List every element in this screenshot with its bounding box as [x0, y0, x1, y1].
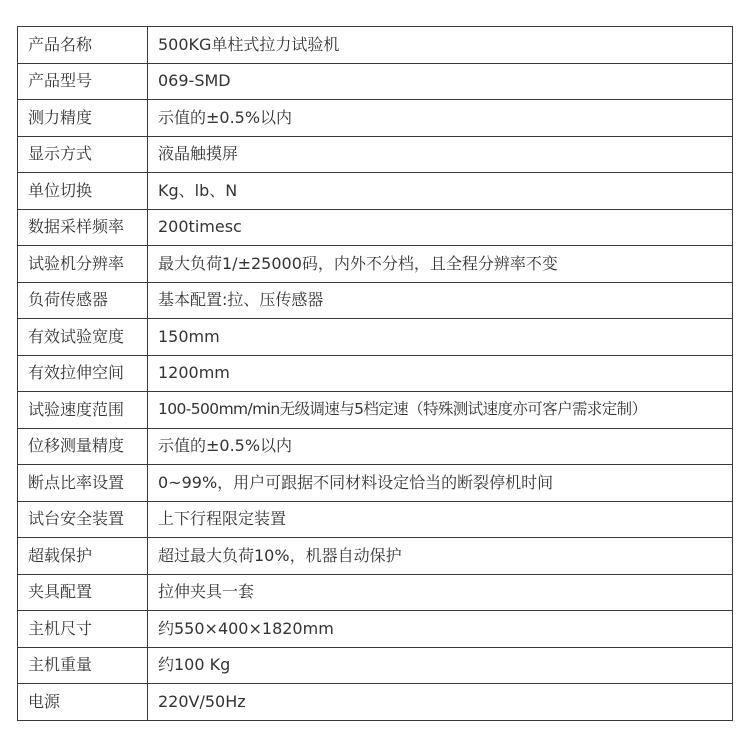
row-value: 最大负荷1/±25000码，内外不分档，且全程分辨率不变 [148, 246, 733, 283]
table-row: 产品型号 069-SMD [18, 63, 733, 100]
row-value: 069-SMD [148, 63, 733, 100]
row-label: 主机重量 [18, 647, 148, 684]
table-row: 电源 220V/50Hz [18, 684, 733, 721]
row-value: 拉伸夹具一套 [148, 574, 733, 611]
row-value: 超过最大负荷10%，机器自动保护 [148, 538, 733, 575]
table-row: 超载保护 超过最大负荷10%，机器自动保护 [18, 538, 733, 575]
row-value: 示值的±0.5%以内 [148, 100, 733, 137]
row-label: 位移测量精度 [18, 428, 148, 465]
row-label: 有效试验宽度 [18, 319, 148, 356]
row-label: 测力精度 [18, 100, 148, 137]
row-value: 200timesc [148, 209, 733, 246]
row-value: 示值的±0.5%以内 [148, 428, 733, 465]
spec-table: 产品名称 500KG单柱式拉力试验机 产品型号 069-SMD 测力精度 示值的… [17, 26, 733, 721]
row-value: Kg、lb、N [148, 173, 733, 210]
table-row: 夹具配置 拉伸夹具一套 [18, 574, 733, 611]
row-value: 0~99%，用户可跟据不同材料设定恰当的断裂停机时间 [148, 465, 733, 502]
row-label: 数据采样频率 [18, 209, 148, 246]
row-label: 夹具配置 [18, 574, 148, 611]
table-row: 显示方式 液晶触摸屏 [18, 136, 733, 173]
table-row: 试验速度范围 100-500mm/min无级调速与5档定速（特殊测试速度亦可客户… [18, 392, 733, 429]
table-row: 负荷传感器 基本配置:拉、压传感器 [18, 282, 733, 319]
row-label: 显示方式 [18, 136, 148, 173]
table-row: 有效拉伸空间 1200mm [18, 355, 733, 392]
table-row: 产品名称 500KG单柱式拉力试验机 [18, 27, 733, 64]
row-value: 液晶触摸屏 [148, 136, 733, 173]
row-value: 约550×400×1820mm [148, 611, 733, 648]
row-value: 约100 Kg [148, 647, 733, 684]
table-row: 主机尺寸 约550×400×1820mm [18, 611, 733, 648]
row-value: 150mm [148, 319, 733, 356]
row-label: 试台安全装置 [18, 501, 148, 538]
table-row: 断点比率设置 0~99%，用户可跟据不同材料设定恰当的断裂停机时间 [18, 465, 733, 502]
row-label: 单位切换 [18, 173, 148, 210]
table-row: 位移测量精度 示值的±0.5%以内 [18, 428, 733, 465]
row-label: 试验机分辨率 [18, 246, 148, 283]
row-label: 电源 [18, 684, 148, 721]
table-row: 试台安全装置 上下行程限定装置 [18, 501, 733, 538]
row-value: 100-500mm/min无级调速与5档定速（特殊测试速度亦可客户需求定制） [148, 392, 733, 429]
table-row: 单位切换 Kg、lb、N [18, 173, 733, 210]
row-label: 断点比率设置 [18, 465, 148, 502]
row-value: 500KG单柱式拉力试验机 [148, 27, 733, 64]
row-value: 1200mm [148, 355, 733, 392]
table-row: 测力精度 示值的±0.5%以内 [18, 100, 733, 137]
row-label: 有效拉伸空间 [18, 355, 148, 392]
table-row: 主机重量 约100 Kg [18, 647, 733, 684]
row-value: 220V/50Hz [148, 684, 733, 721]
row-label: 超载保护 [18, 538, 148, 575]
row-value: 上下行程限定装置 [148, 501, 733, 538]
row-value: 基本配置:拉、压传感器 [148, 282, 733, 319]
row-label: 产品型号 [18, 63, 148, 100]
row-label: 负荷传感器 [18, 282, 148, 319]
row-label: 试验速度范围 [18, 392, 148, 429]
row-label: 主机尺寸 [18, 611, 148, 648]
table-row: 试验机分辨率 最大负荷1/±25000码，内外不分档，且全程分辨率不变 [18, 246, 733, 283]
table-row: 数据采样频率 200timesc [18, 209, 733, 246]
row-label: 产品名称 [18, 27, 148, 64]
table-row: 有效试验宽度 150mm [18, 319, 733, 356]
